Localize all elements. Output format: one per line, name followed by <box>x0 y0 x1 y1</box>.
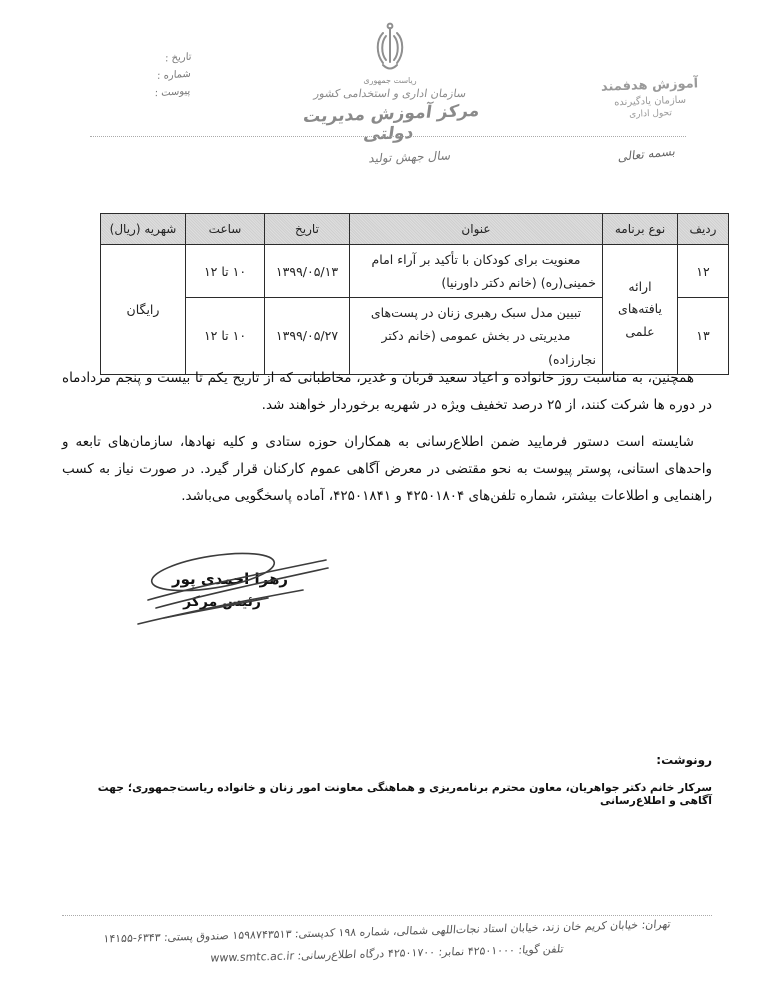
cell-program-type: ارائه یافته‌های علمی <box>603 245 678 375</box>
signature-block: زهرا احمدی پور رئیس مرکز <box>118 548 333 633</box>
cell-date: ۱۳۹۹/۰۵/۱۳ <box>265 245 350 298</box>
cc-recipient: سرکار خانم دکتر جواهریان، معاون محترم بر… <box>62 781 712 807</box>
header-time: ساعت <box>186 214 265 245</box>
presidency-line: ریاست جمهوری <box>280 76 500 85</box>
cell-tuition: رایگان <box>101 245 186 375</box>
paragraph-discount: همچنین، به مناسبت روز خانواده و اعیاد سع… <box>62 365 712 419</box>
cc-section: رونوشت: سرکار خانم دکتر جواهریان، معاون … <box>62 753 712 807</box>
center-name-line: مرکز آموزش مدیریت دولتی <box>277 100 504 148</box>
header-row-no: ردیف <box>678 214 729 245</box>
slogan-line-1: آموزش هدفمند <box>574 75 724 95</box>
header-tuition: شهریه (ریال) <box>101 214 186 245</box>
cc-label: رونوشت: <box>62 753 712 767</box>
cell-title: تبیین مدل سبک رهبری زنان در پست‌های مدیر… <box>350 298 603 374</box>
cell-row-no: ۱۳ <box>678 298 729 374</box>
cell-row-no: ۱۲ <box>678 245 729 298</box>
letterhead-center: ریاست جمهوری سازمان اداری و استخدامی کشو… <box>280 76 500 144</box>
cell-time: ۱۰ تا ۱۲ <box>186 245 265 298</box>
footer-divider <box>62 915 712 916</box>
letterhead-slogan: آموزش هدفمند سازمان یادگیرنده تحول اداری <box>574 75 725 121</box>
paragraph-instructions: شایسته است دستور فرمایید ضمن اطلاع‌رسانی… <box>62 429 712 510</box>
header-type: نوع برنامه <box>603 214 678 245</box>
header-title: عنوان <box>350 214 603 245</box>
table-header-row: ردیف نوع برنامه عنوان تاریخ ساعت شهریه (… <box>101 214 729 245</box>
iran-emblem-icon <box>352 20 428 76</box>
header-divider <box>90 136 686 137</box>
cell-time: ۱۰ تا ۱۲ <box>186 298 265 374</box>
year-slogan: سال جهش تولید <box>329 147 492 167</box>
course-table: ردیف نوع برنامه عنوان تاریخ ساعت شهریه (… <box>100 213 729 375</box>
cell-title: معنویت برای کودکان با تأکید بر آراء امام… <box>350 245 603 298</box>
table-row: ۱۲ ارائه یافته‌های علمی معنویت برای کودک… <box>101 245 729 298</box>
handwritten-signature-icon <box>118 548 333 633</box>
letter-page: تاریخ : شماره : پیوست : ریاست جمهوری ساز… <box>0 0 773 1000</box>
organization-line: سازمان اداری و استخدامی کشور <box>279 87 501 100</box>
reference-block: تاریخ : شماره : پیوست : <box>95 49 192 107</box>
footer: تهران: خیابان کریم خان زند، خیابان استاد… <box>62 915 712 960</box>
besmellah-calligraphy: بسمه تعالی <box>611 143 682 165</box>
cell-date: ۱۳۹۹/۰۵/۲۷ <box>265 298 350 374</box>
header-date: تاریخ <box>265 214 350 245</box>
